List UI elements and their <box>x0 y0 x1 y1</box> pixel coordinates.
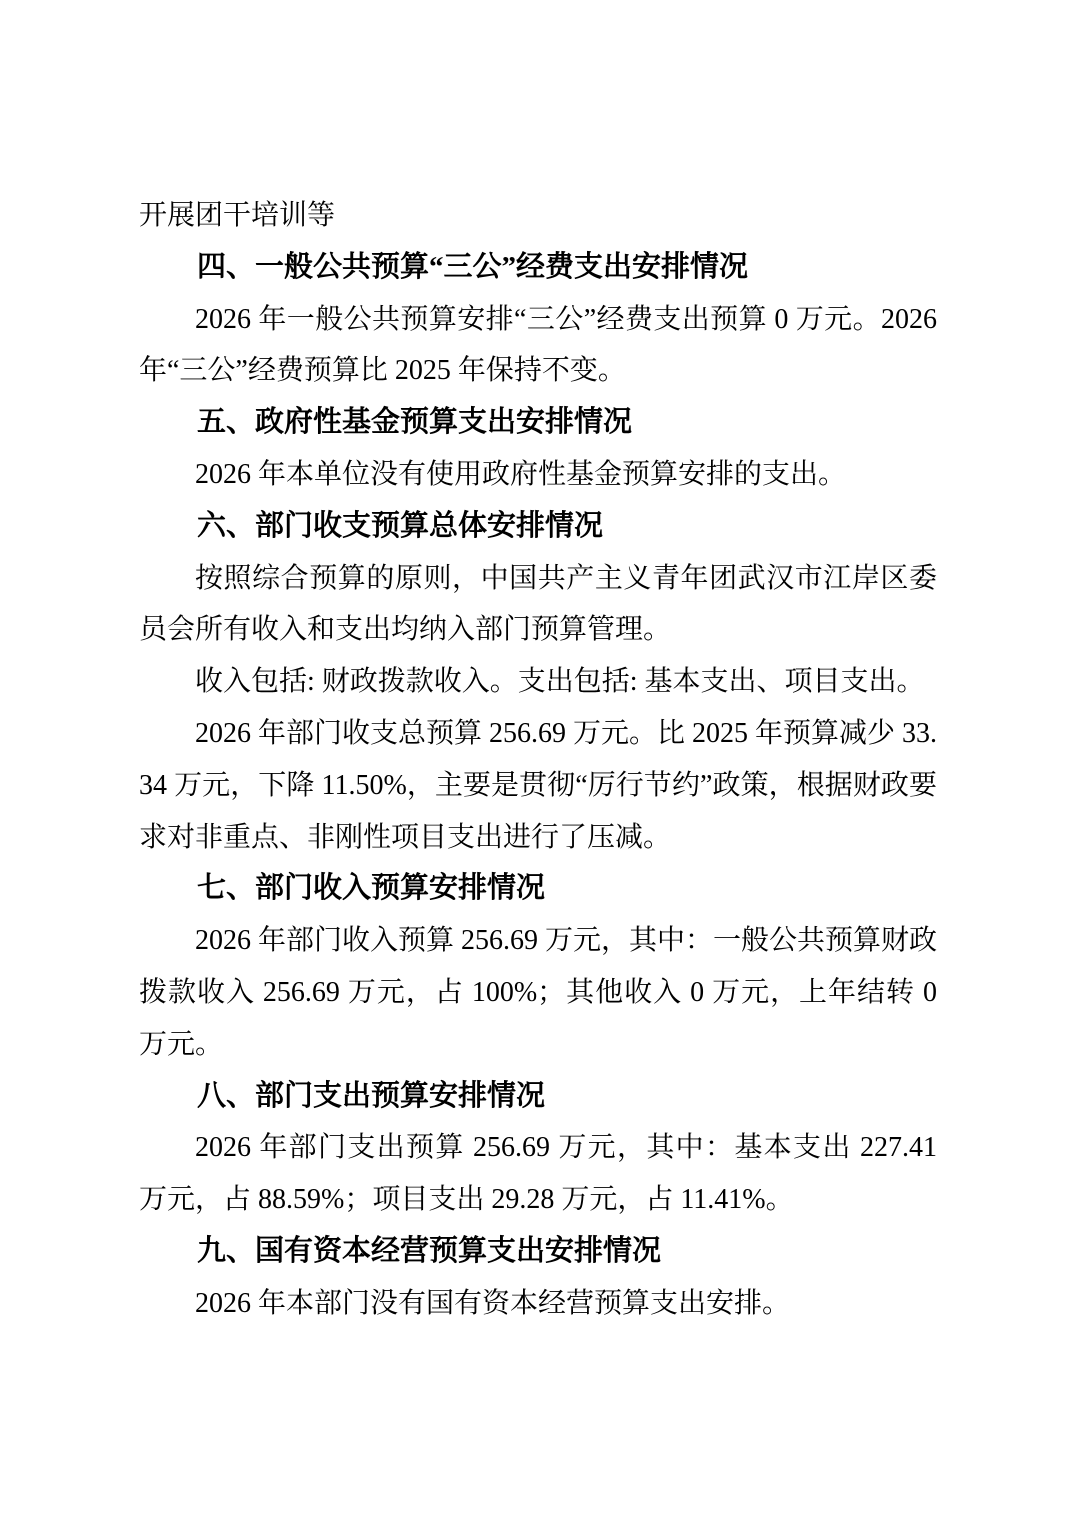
body-paragraph: 开展团干培训等 <box>139 190 937 242</box>
document-content: 开展团干培训等四、一般公共预算“三公”经费支出安排情况2026 年一般公共预算安… <box>139 190 937 1330</box>
body-paragraph: 2026 年本单位没有使用政府性基金预算安排的支出。 <box>139 449 937 501</box>
body-paragraph: 按照综合预算的原则，中国共产主义青年团武汉市江岸区委员会所有收入和支出均纳入部门… <box>139 553 937 657</box>
section-heading: 九、国有资本经营预算支出安排情况 <box>139 1226 937 1278</box>
section-heading: 六、部门收支预算总体安排情况 <box>139 501 937 553</box>
document-page: 开展团干培训等四、一般公共预算“三公”经费支出安排情况2026 年一般公共预算安… <box>0 0 1074 1520</box>
section-heading: 八、部门支出预算安排情况 <box>139 1071 937 1123</box>
section-heading: 五、政府性基金预算支出安排情况 <box>139 397 937 449</box>
body-paragraph: 2026 年部门支出预算 256.69 万元，其中：基本支出 227.41 万元… <box>139 1122 937 1226</box>
body-paragraph: 2026 年一般公共预算安排“三公”经费支出预算 0 万元。2026 年“三公”… <box>139 294 937 398</box>
body-paragraph: 收入包括: 财政拨款收入。支出包括: 基本支出、项目支出。 <box>139 656 937 708</box>
section-heading: 四、一般公共预算“三公”经费支出安排情况 <box>139 242 937 294</box>
body-paragraph: 2026 年本部门没有国有资本经营预算支出安排。 <box>139 1278 937 1330</box>
section-heading: 七、部门收入预算安排情况 <box>139 863 937 915</box>
body-paragraph: 2026 年部门收入预算 256.69 万元，其中：一般公共预算财政拨款收入 2… <box>139 915 937 1070</box>
body-paragraph: 2026 年部门收支总预算 256.69 万元。比 2025 年预算减少 33.… <box>139 708 937 863</box>
